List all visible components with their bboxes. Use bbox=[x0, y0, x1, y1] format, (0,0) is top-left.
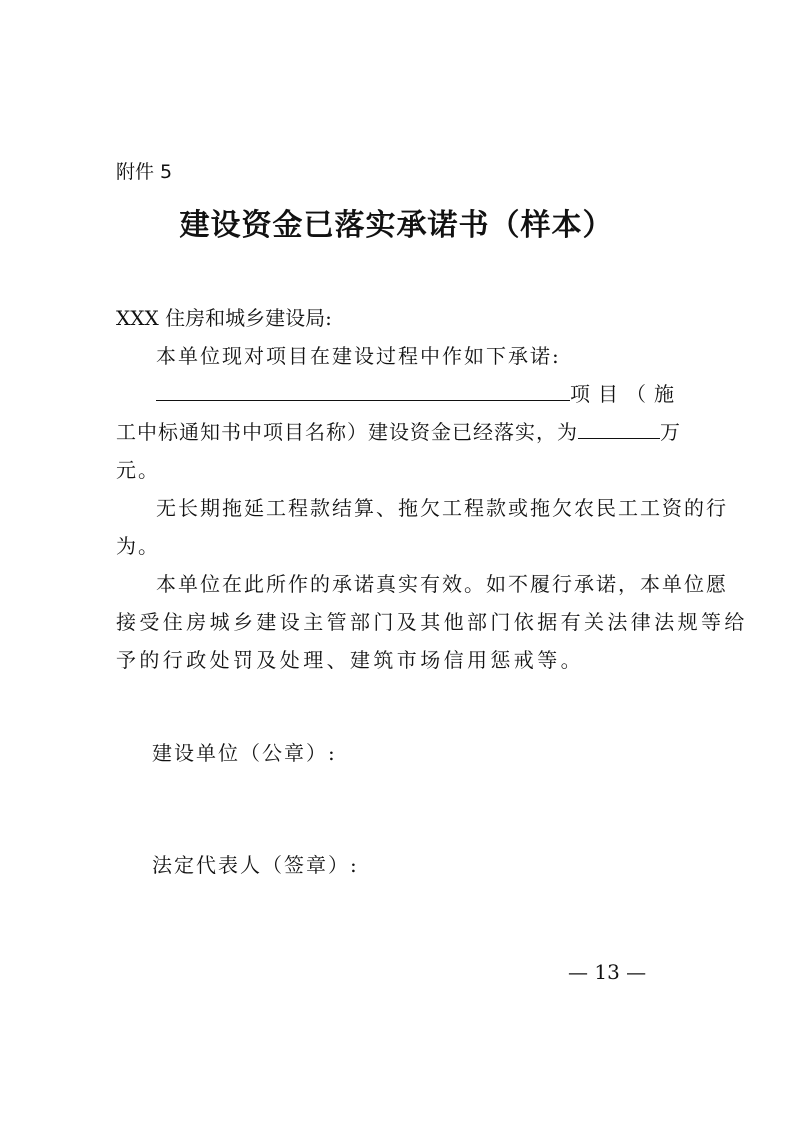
signature-legal-representative: 法定代表人（签章）: bbox=[152, 849, 359, 878]
funding-unit-continued: 元。 bbox=[116, 454, 160, 483]
project-suffix: 项目（施 bbox=[570, 382, 682, 406]
signature-unit-seal: 建设单位（公章）: bbox=[152, 737, 337, 766]
project-name-line: 项目（施 bbox=[156, 378, 682, 407]
funding-amount-blank[interactable] bbox=[578, 420, 660, 439]
funding-line: 工中标通知书中项目名称）建设资金已经落实，为万 bbox=[116, 416, 681, 445]
wage-paragraph-line-1: 无长期拖延工程款结算、拖欠工程款或拖欠农民工工资的行 bbox=[156, 492, 728, 521]
intro-paragraph: 本单位现对项目在建设过程中作如下承诺: bbox=[156, 340, 561, 369]
funding-text: 工中标通知书中项目名称）建设资金已经落实，为 bbox=[116, 420, 578, 444]
addressee: XXX 住房和城乡建设局: bbox=[116, 302, 332, 331]
commitment-paragraph-line-3: 予的行政处罚及处理、建筑市场信用惩戒等。 bbox=[116, 644, 584, 673]
funding-unit: 万 bbox=[660, 420, 681, 444]
attachment-label: 附件 5 bbox=[116, 157, 172, 184]
page-number: — 13 — bbox=[568, 960, 646, 984]
commitment-paragraph-line-1: 本单位在此所作的承诺真实有效。如不履行承诺，本单位愿 bbox=[156, 568, 728, 597]
project-name-blank[interactable] bbox=[156, 382, 570, 401]
commitment-paragraph-line-2: 接受住房城乡建设主管部门及其他部门依据有关法律法规等给 bbox=[116, 606, 748, 635]
page-title: 建设资金已落实承诺书（样本） bbox=[0, 200, 793, 244]
wage-paragraph-line-2: 为。 bbox=[116, 530, 160, 559]
